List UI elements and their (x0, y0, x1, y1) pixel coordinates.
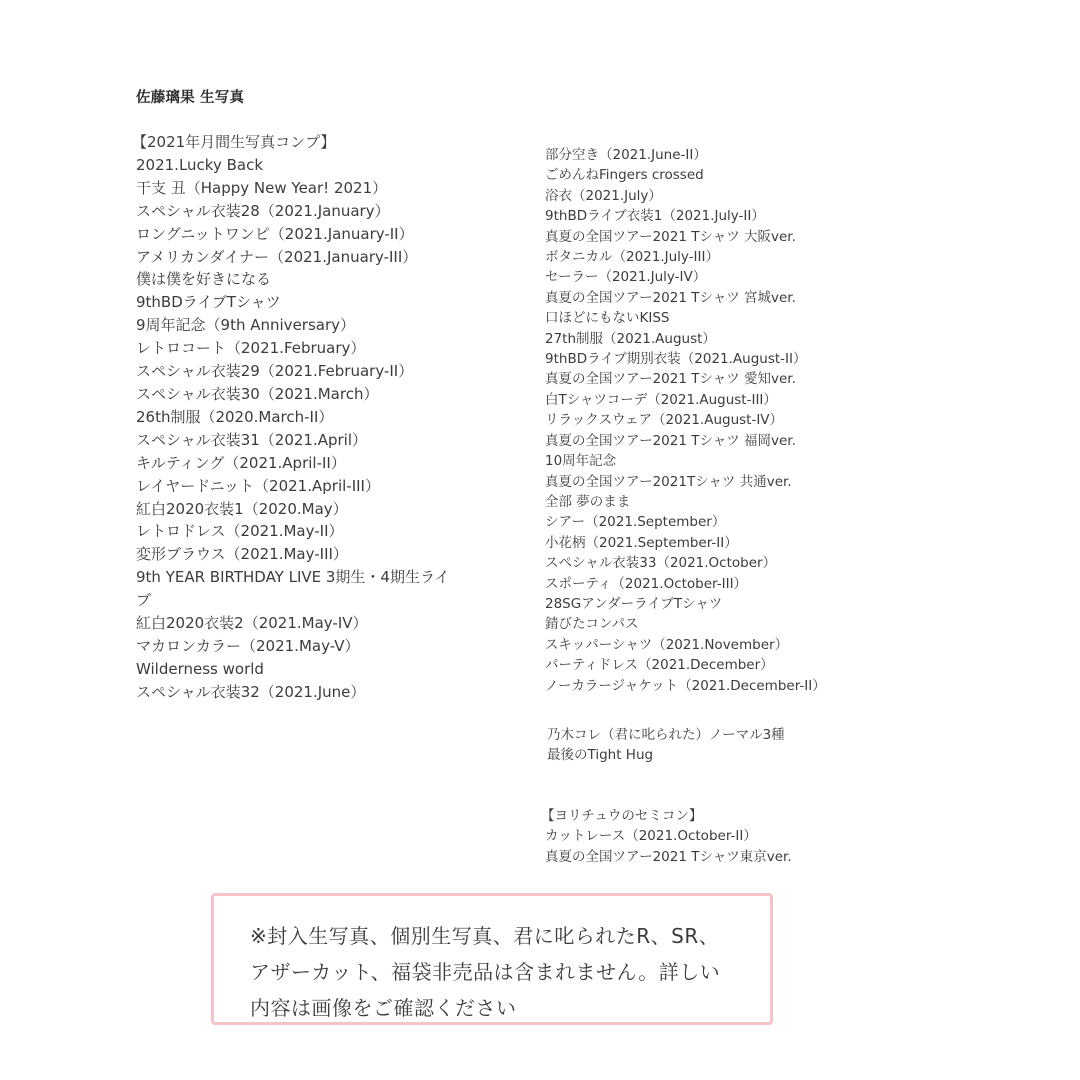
list-item: 27th制服（2021.August） (545, 329, 845, 349)
list-item: 9thBDライブ期別衣装（2021.August-II） (545, 349, 845, 369)
list-item: レイヤードニット（2021.April-III） (136, 475, 456, 498)
list-item: 紅白2020衣装2（2021.May-IV） (136, 612, 456, 635)
section-header-semicon: 【ヨリチュウのセミコン】 (541, 806, 792, 826)
list-item: 全部 夢のまま (545, 492, 845, 512)
notice-text: ※封入生写真、個別生写真、君に叱られたR、SR、アザーカット、福袋非売品は含まれ… (250, 918, 730, 1026)
notice-box: ※封入生写真、個別生写真、君に叱られたR、SR、アザーカット、福袋非売品は含まれ… (211, 893, 773, 1025)
list-item: 9thBDライブ衣装1（2021.July-II） (545, 206, 845, 226)
list-item: 白Tシャツコーデ（2021.August-III） (545, 390, 845, 410)
section-header-monthly-comp: 【2021年月間生写真コンプ】 (132, 131, 456, 154)
list-item: 真夏の全国ツアー2021Tシャツ 共通ver. (545, 472, 845, 492)
list-item: レトロドレス（2021.May-II） (136, 520, 456, 543)
list-item: 最後のTight Hug (547, 745, 785, 765)
list-item: 2021.Lucky Back (136, 154, 456, 177)
list-item: スポーティ（2021.October-III） (545, 574, 845, 594)
list-item: 真夏の全国ツアー2021 Tシャツ 福岡ver. (545, 431, 845, 451)
list-item: 部分空き（2021.June-II） (545, 145, 845, 165)
list-item: 干支 丑（Happy New Year! 2021） (136, 177, 456, 200)
list-item: 真夏の全国ツアー2021 Tシャツ 宮城ver. (545, 288, 845, 308)
list-item: アメリカンダイナー（2021.January-III） (136, 246, 456, 269)
left-column-list: 【2021年月間生写真コンプ】 2021.Lucky Back 干支 丑（Hap… (136, 131, 456, 704)
semicon-section: 【ヨリチュウのセミコン】 カットレース（2021.October-II） 真夏の… (545, 806, 792, 867)
list-item: 紅白2020衣装1（2020.May） (136, 498, 456, 521)
list-item: スキッパーシャツ（2021.November） (545, 635, 845, 655)
extra-items-list: 乃木コレ（君に叱られた）ノーマル3種 最後のTight Hug (547, 725, 785, 766)
list-item: 10周年記念 (545, 451, 845, 471)
list-item: シアー（2021.September） (545, 512, 845, 532)
list-item: 変形ブラウス（2021.May-III） (136, 543, 456, 566)
list-item: 9周年記念（9th Anniversary） (136, 314, 456, 337)
list-item: ロングニットワンピ（2021.January-II） (136, 223, 456, 246)
list-item: ボタニカル（2021.July-III） (545, 247, 845, 267)
list-item: セーラー（2021.July-IV） (545, 267, 845, 287)
list-item: マカロンカラー（2021.May-V） (136, 635, 456, 658)
list-item: スペシャル衣装28（2021.January） (136, 200, 456, 223)
list-item: キルティング（2021.April-II） (136, 452, 456, 475)
list-item: Wilderness world (136, 658, 456, 681)
list-item: レトロコート（2021.February） (136, 337, 456, 360)
list-item: スペシャル衣装30（2021.March） (136, 383, 456, 406)
list-item: パーティドレス（2021.December） (545, 655, 845, 675)
list-item: 小花柄（2021.September-II） (545, 533, 845, 553)
list-item: 浴衣（2021.July） (545, 186, 845, 206)
list-item: スペシャル衣装31（2021.April） (136, 429, 456, 452)
list-item: スペシャル衣装32（2021.June） (136, 681, 456, 704)
list-item: ごめんねFingers crossed (545, 165, 845, 185)
list-item: 真夏の全国ツアー2021 Tシャツ 大阪ver. (545, 227, 845, 247)
list-item: 乃木コレ（君に叱られた）ノーマル3種 (547, 725, 785, 745)
right-column-list: 部分空き（2021.June-II） ごめんねFingers crossed 浴… (545, 145, 845, 696)
list-item: 28SGアンダーライブTシャツ (545, 594, 845, 614)
list-item: カットレース（2021.October-II） (545, 826, 792, 846)
list-item: 僕は僕を好きになる (136, 268, 456, 291)
list-item: ノーカラージャケット（2021.December-II） (545, 676, 845, 696)
list-item: スペシャル衣装33（2021.October） (545, 553, 845, 573)
list-item: 9th YEAR BIRTHDAY LIVE 3期生・4期生ライブ (136, 566, 456, 612)
list-item: 口ほどにもないKISS (545, 308, 845, 328)
page-title: 佐藤璃果 生写真 (136, 86, 244, 107)
list-item: 錆びたコンパス (545, 614, 845, 634)
list-item: 真夏の全国ツアー2021 Tシャツ東京ver. (545, 847, 792, 867)
list-item: リラックスウェア（2021.August-IV） (545, 410, 845, 430)
list-item: 真夏の全国ツアー2021 Tシャツ 愛知ver. (545, 369, 845, 389)
list-item: 9thBDライブTシャツ (136, 291, 456, 314)
list-item: 26th制服（2020.March-II） (136, 406, 456, 429)
list-item: スペシャル衣装29（2021.February-II） (136, 360, 456, 383)
